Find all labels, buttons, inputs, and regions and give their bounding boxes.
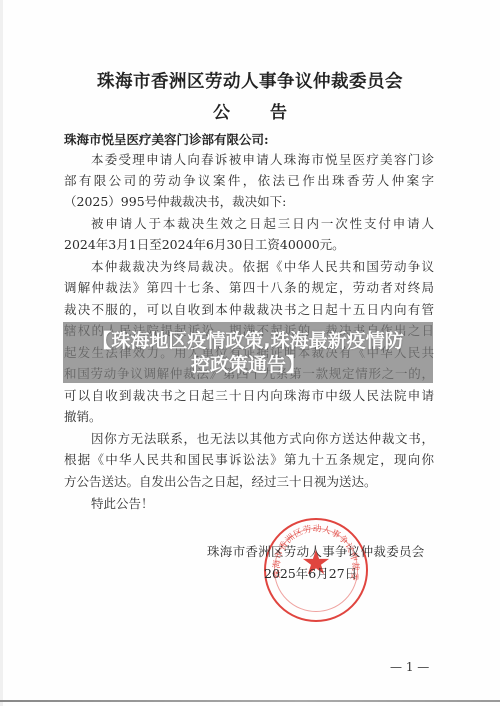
body-line: 本仲裁裁决为终局裁决。依据《中华人民共和国劳动争议 bbox=[91, 259, 434, 275]
document-subtitle: 公告 bbox=[0, 98, 500, 123]
body-line: 撤销。 bbox=[64, 409, 434, 425]
body-line: （2025）995号仲裁裁决书，裁决如下: bbox=[64, 194, 434, 210]
headline-line-1: 【珠海地区疫情政策,珠海最新疫情防 bbox=[92, 329, 403, 353]
page-number: — 1 — bbox=[390, 660, 429, 674]
body-line: 本委受理申请人向春诉被申请人珠海市悦呈医疗美容门诊 bbox=[91, 152, 434, 168]
headline-overlay-banner: 【珠海地区疫情政策,珠海最新疫情防 控政策通告】 bbox=[63, 322, 433, 383]
addressee: 珠海市悦呈医疗美容门诊部有限公司: bbox=[64, 130, 269, 148]
signature-date: 2025年6月27日 bbox=[264, 564, 357, 582]
headline-line-2: 控政策通告】 bbox=[191, 353, 305, 377]
body-line: 2024年3月1日至2024年6月30日工资40000元。 bbox=[64, 237, 434, 253]
body-line: 因你方无法联系，也无法以其他方式向你方送达仲裁文书， bbox=[91, 431, 434, 447]
signature-organization: 珠海市香洲区劳动人事争议仲裁委员会 bbox=[207, 542, 425, 560]
document-page: 珠海市香洲区劳动人事争议仲裁委员会 公告 珠海市悦呈医疗美容门诊部有限公司: 本… bbox=[0, 0, 500, 706]
bottom-divider bbox=[0, 700, 500, 702]
body-line: 部有限公司的劳动争议案件，依法已作出珠香劳人仲案字 bbox=[64, 173, 434, 189]
body-line: 被申请人于本裁决生效之日起三日内一次性支付申请人 bbox=[91, 216, 434, 232]
body-line: 方公告送达。自发出公告之日起，经过三十日视为送达。 bbox=[64, 474, 434, 490]
body-line: 调解仲裁法》第四十七条、第四十八条的规定，劳动者对终局 bbox=[64, 280, 434, 296]
body-line: 可以自收到裁决书之日起三十日内向珠海市中级人民法院申请 bbox=[64, 388, 434, 404]
closing-line: 特此公告！ bbox=[91, 496, 434, 512]
subtitle-char: 公 bbox=[213, 103, 230, 123]
body-line: 裁决不服的，可以自收到本仲裁裁决书之日起十五日内向有管 bbox=[64, 302, 434, 318]
subtitle-char: 告 bbox=[270, 103, 287, 123]
body-line: 根据《中华人民共和国民事诉讼法》第九十五条规定，现向你 bbox=[64, 452, 434, 468]
document-title: 珠海市香洲区劳动人事争议仲裁委员会 bbox=[0, 68, 500, 93]
